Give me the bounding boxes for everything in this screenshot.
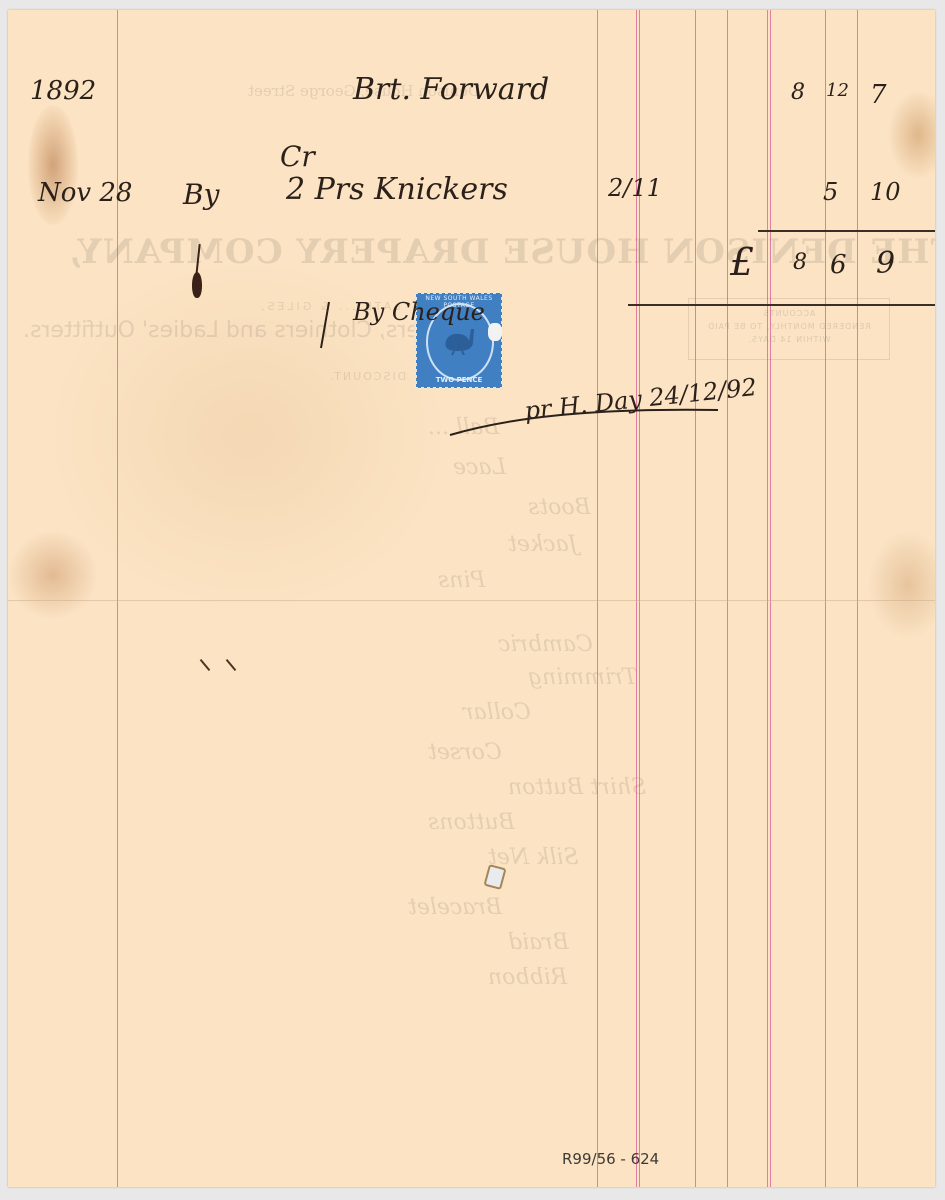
ghost-line: Trimming bbox=[528, 665, 637, 690]
total-pence: 9 bbox=[876, 246, 895, 281]
payment-note: By Cheque bbox=[353, 298, 485, 326]
ink-speck bbox=[200, 659, 211, 671]
total-pounds: 8 bbox=[793, 250, 807, 275]
age-stain bbox=[8, 530, 98, 620]
archive-reference: R99/56 - 624 bbox=[562, 1150, 659, 1168]
ghost-line: Jacket bbox=[508, 532, 577, 557]
ink-slash bbox=[318, 300, 332, 350]
entry-item: 2 Prs Knickers bbox=[286, 172, 508, 207]
signature-flourish bbox=[448, 390, 728, 440]
ghost-line: Silk Net bbox=[488, 845, 579, 870]
column-rule bbox=[727, 10, 728, 1187]
brought-forward-pence: 7 bbox=[870, 80, 887, 110]
paper-hole bbox=[483, 864, 506, 890]
ghost-line: Buttons bbox=[428, 810, 515, 835]
year: 1892 bbox=[30, 76, 96, 106]
column-rule bbox=[695, 10, 696, 1187]
entry-prefix: By bbox=[183, 178, 219, 211]
paper-fold bbox=[8, 600, 935, 602]
terms-box-text: ACCOUNTS RENDERED MONTHLY, TO BE PAID WI… bbox=[689, 307, 889, 346]
entry-date: Nov 28 bbox=[38, 178, 132, 208]
stamp-value: TWO PENCE bbox=[416, 376, 502, 384]
currency-symbol: £ bbox=[730, 240, 754, 284]
letterhead-discount: ... DISCOUNT. bbox=[328, 370, 428, 383]
credit-label: Cr bbox=[280, 140, 315, 173]
ghost-line: Ribbon bbox=[488, 965, 567, 990]
ghost-line: Collar bbox=[463, 700, 531, 725]
emu-icon bbox=[438, 323, 478, 355]
age-stain bbox=[888, 90, 935, 180]
ghost-line: Boots bbox=[528, 495, 591, 520]
brought-forward-label: Brt. Forward bbox=[353, 72, 549, 107]
ghost-line: Shirt Button bbox=[508, 775, 646, 800]
ghost-line: Braid bbox=[508, 930, 569, 955]
brought-forward-shillings: 12 bbox=[826, 80, 849, 101]
column-rule bbox=[770, 10, 771, 1187]
total-rule-bottom bbox=[628, 304, 935, 306]
invoice-page: Denison House, George Street Bought of T… bbox=[8, 10, 935, 1187]
stamp-punch-hole bbox=[488, 323, 502, 341]
column-rule bbox=[597, 10, 598, 1187]
column-rule bbox=[857, 10, 858, 1187]
age-stain bbox=[868, 530, 935, 640]
ghost-line: Cambric bbox=[498, 632, 593, 657]
brought-forward-pounds: 8 bbox=[791, 80, 805, 105]
entry-rate: 2/11 bbox=[608, 174, 662, 202]
ink-blot bbox=[192, 272, 202, 298]
ghost-line: Pins bbox=[438, 568, 485, 593]
entry-shillings: 5 bbox=[823, 178, 838, 206]
ghost-line: Bracelet bbox=[408, 895, 502, 920]
ghost-line: Lace bbox=[453, 455, 506, 480]
column-rule bbox=[767, 10, 768, 1187]
ink-speck bbox=[226, 659, 237, 671]
terms-box: ACCOUNTS RENDERED MONTHLY, TO BE PAID WI… bbox=[688, 298, 890, 360]
ghost-line: Corset bbox=[428, 740, 502, 765]
total-rule-top bbox=[758, 230, 935, 232]
total-shillings: 6 bbox=[830, 250, 847, 280]
entry-pence: 10 bbox=[870, 178, 901, 206]
